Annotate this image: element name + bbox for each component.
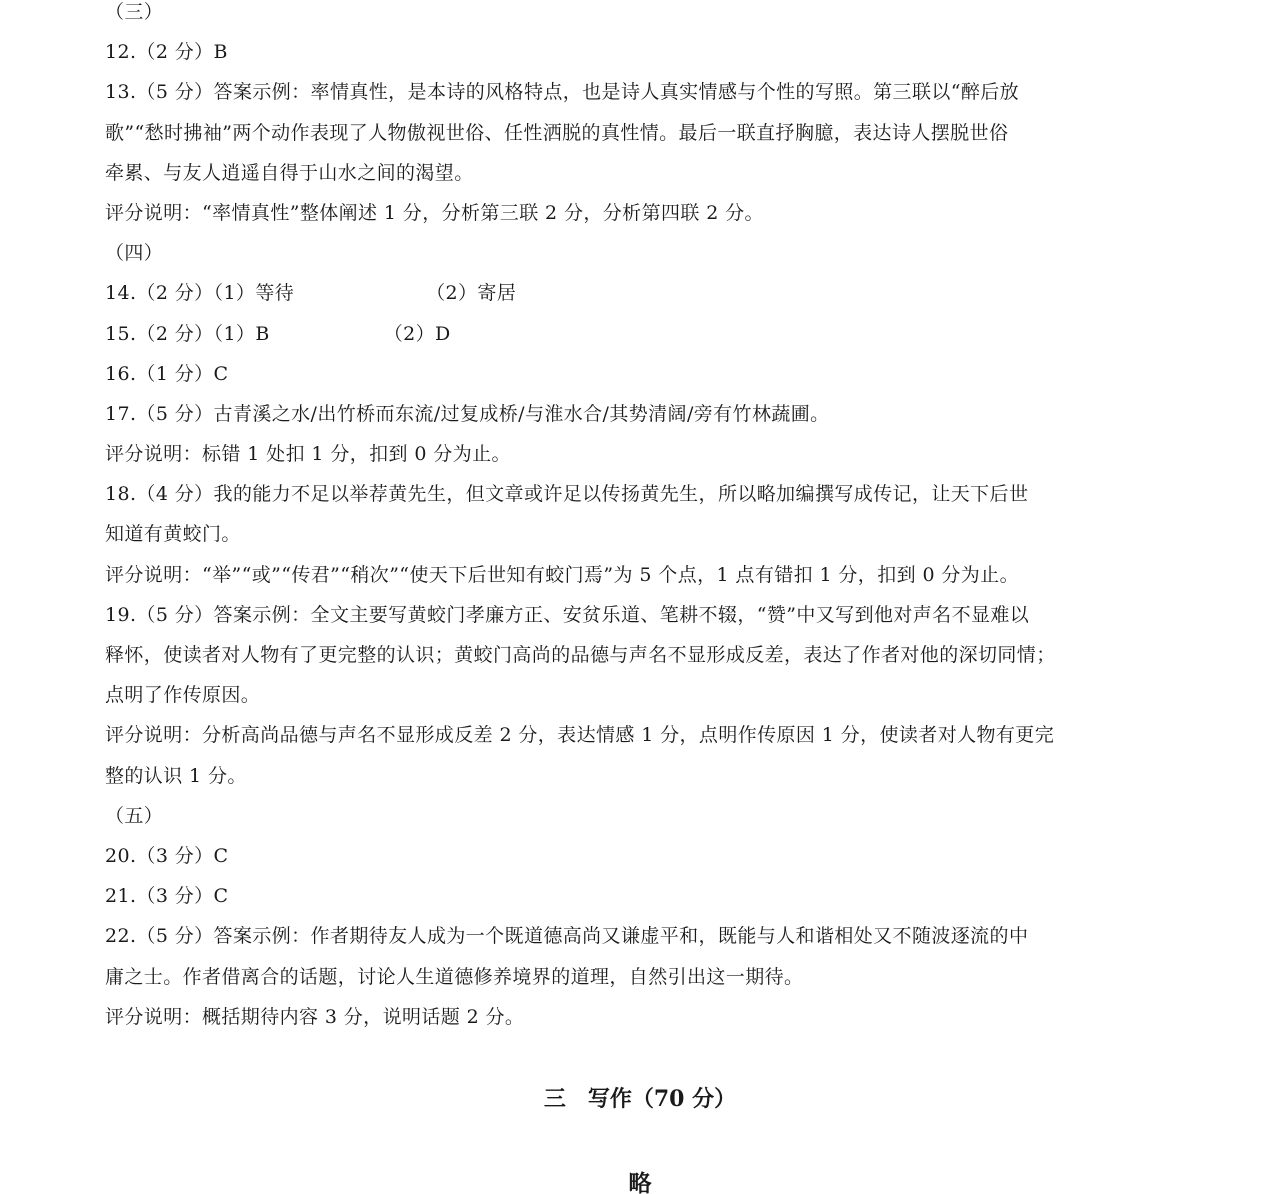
- writing-section-content: 略: [0, 1165, 1280, 1194]
- answer-q15-part1: 15.（2 分）（1）B: [105, 323, 270, 345]
- answer-q13-line1: 13.（5 分）答案示例：率情真性，是本诗的风格特点，也是诗人真实情感与个性的写…: [105, 72, 1180, 112]
- answer-q18-line2: 知道有黄蛟门。: [105, 514, 1180, 554]
- answer-q22-line2: 庸之士。作者借离合的话题，讨论人生道德修养境界的道理，自然引出这一期待。: [105, 957, 1180, 997]
- section-three-label: （三）: [105, 0, 1180, 32]
- answer-key-page: （三） 12.（2 分）B 13.（5 分）答案示例：率情真性，是本诗的风格特点…: [105, 0, 1180, 1037]
- answer-q20: 20.（3 分）C: [105, 836, 1180, 876]
- scoring-q17: 评分说明：标错 1 处扣 1 分，扣到 0 分为止。: [105, 434, 1180, 474]
- answer-q19-line2: 释怀，使读者对人物有了更完整的认识；黄蛟门高尚的品德与声名不显形成反差，表达了作…: [105, 635, 1180, 675]
- answer-q14-part2: （2）寄居: [426, 282, 516, 304]
- scoring-q13: 评分说明：“率情真性”整体阐述 1 分，分析第三联 2 分，分析第四联 2 分。: [105, 193, 1180, 233]
- answer-q14: 14.（2 分）（1）等待（2）寄居: [105, 273, 1180, 313]
- answer-q21: 21.（3 分）C: [105, 876, 1180, 916]
- answer-q12: 12.（2 分）B: [105, 32, 1180, 72]
- answer-q15: 15.（2 分）（1）B（2）D: [105, 314, 1180, 354]
- scoring-q19-line1: 评分说明：分析高尚品德与声名不显形成反差 2 分，表达情感 1 分，点明作传原因…: [105, 715, 1180, 755]
- answer-q18-line1: 18.（4 分）我的能力不足以举荐黄先生，但文章或许足以传扬黄先生，所以略加编撰…: [105, 474, 1180, 514]
- section-five-label: （五）: [105, 796, 1180, 836]
- scoring-q18: 评分说明：“举”“或”“传君”“稍次”“使天下后世知有蛟门焉”为 5 个点，1 …: [105, 555, 1180, 595]
- scoring-q19-line2: 整的认识 1 分。: [105, 756, 1180, 796]
- answer-q19-line3: 点明了作传原因。: [105, 675, 1180, 715]
- answer-q19-line1: 19.（5 分）答案示例：全文主要写黄蛟门孝廉方正、安贫乐道、笔耕不辍，“赞”中…: [105, 595, 1180, 635]
- answer-q15-part2: （2）D: [384, 323, 451, 345]
- section-four-label: （四）: [105, 233, 1180, 273]
- answer-q17: 17.（5 分）古青溪之水/出竹桥而东流/过复成桥/与淮水合/其势清阔/旁有竹林…: [105, 394, 1180, 434]
- answer-q14-part1: 14.（2 分）（1）等待: [105, 282, 294, 304]
- writing-section-heading: 三 写作（70 分）: [0, 1082, 1280, 1113]
- answer-q22-line1: 22.（5 分）答案示例：作者期待友人成为一个既道德高尚又谦虚平和，既能与人和谐…: [105, 916, 1180, 956]
- answer-q13-line2: 歌”“愁时拂袖”两个动作表现了人物傲视世俗、任性洒脱的真性情。最后一联直抒胸臆，…: [105, 113, 1180, 153]
- answer-q16: 16.（1 分）C: [105, 354, 1180, 394]
- answer-q13-line3: 牵累、与友人逍遥自得于山水之间的渴望。: [105, 153, 1180, 193]
- scoring-q22: 评分说明：概括期待内容 3 分，说明话题 2 分。: [105, 997, 1180, 1037]
